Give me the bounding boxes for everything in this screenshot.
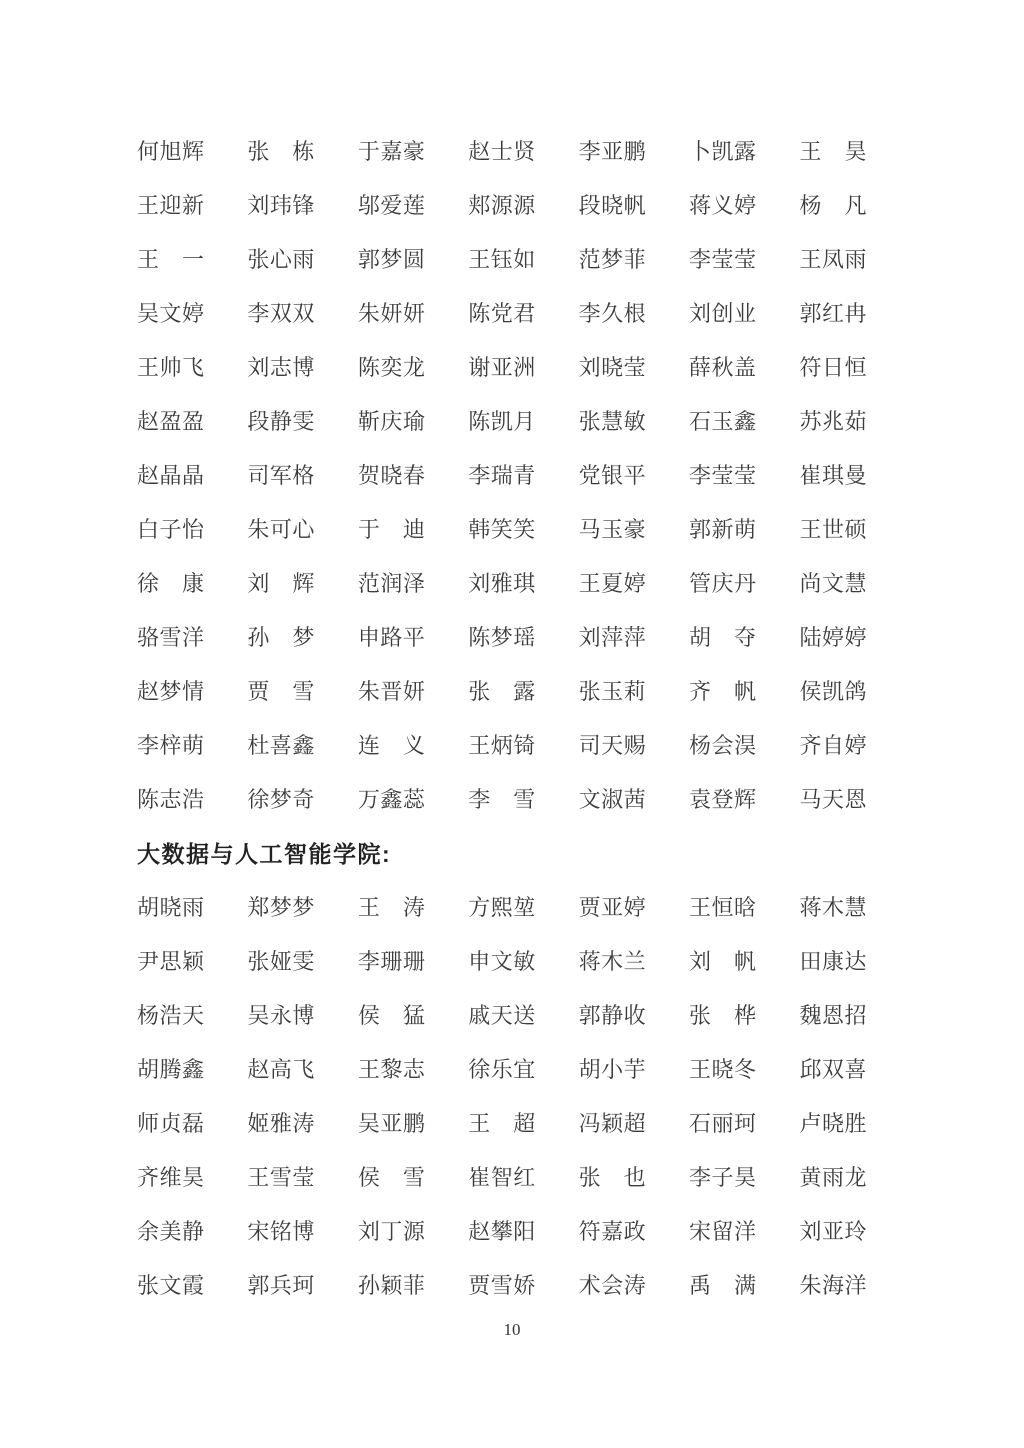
name-row: 尹思颖张娅雯李珊珊申文敏蒋木兰刘 帆田康达 bbox=[137, 933, 867, 987]
person-name: 郭静收 bbox=[579, 999, 647, 1030]
person-name: 郑梦梦 bbox=[247, 891, 315, 922]
person-name: 骆雪洋 bbox=[137, 621, 205, 652]
person-name: 王恒晗 bbox=[689, 891, 757, 922]
person-name: 尹思颖 bbox=[137, 945, 205, 976]
person-name: 陈凯月 bbox=[468, 405, 536, 436]
person-name: 贾雪娇 bbox=[468, 1269, 536, 1300]
person-name: 蒋木慧 bbox=[799, 891, 867, 922]
person-name: 段晓帆 bbox=[579, 189, 647, 220]
person-name: 石丽珂 bbox=[689, 1107, 757, 1138]
person-name: 王帅飞 bbox=[137, 351, 205, 382]
person-name: 侯 雪 bbox=[358, 1161, 426, 1192]
name-row: 吴文婷李双双朱妍妍陈党君李久根刘创业郭红冉 bbox=[137, 285, 867, 339]
person-name: 张 桦 bbox=[689, 999, 757, 1030]
person-name: 文淑茜 bbox=[579, 783, 647, 814]
person-name: 陈梦瑶 bbox=[468, 621, 536, 652]
person-name: 李珊珊 bbox=[358, 945, 426, 976]
person-name: 郭红冉 bbox=[799, 297, 867, 328]
name-row: 赵盈盈段静雯靳庆瑜陈凯月张慧敏石玉鑫苏兆茹 bbox=[137, 393, 867, 447]
person-name: 韩笑笑 bbox=[468, 513, 536, 544]
person-name: 王迎新 bbox=[137, 189, 205, 220]
name-grid-continued: 何旭辉张 栋于嘉豪赵士贤李亚鹏卜凯露王 昊王迎新刘玮锋邬爱莲郏源源段晓帆蒋义婷杨… bbox=[137, 123, 867, 825]
name-row: 徐 康刘 辉范润泽刘雅琪王夏婷管庆丹尚文慧 bbox=[137, 555, 867, 609]
person-name: 马天恩 bbox=[799, 783, 867, 814]
document-page: 何旭辉张 栋于嘉豪赵士贤李亚鹏卜凯露王 昊王迎新刘玮锋邬爱莲郏源源段晓帆蒋义婷杨… bbox=[137, 0, 867, 1311]
person-name: 王 超 bbox=[468, 1107, 536, 1138]
name-row: 张文霞郭兵珂孙颖菲贾雪娇术会涛禹 满朱海洋 bbox=[137, 1257, 867, 1311]
person-name: 何旭辉 bbox=[137, 135, 205, 166]
person-name: 靳庆瑜 bbox=[358, 405, 426, 436]
person-name: 尚文慧 bbox=[799, 567, 867, 598]
person-name: 吴亚鹏 bbox=[358, 1107, 426, 1138]
person-name: 李子昊 bbox=[689, 1161, 757, 1192]
person-name: 侯 猛 bbox=[358, 999, 426, 1030]
person-name: 张慧敏 bbox=[579, 405, 647, 436]
name-row: 陈志浩徐梦奇万鑫蕊李 雪文淑茜袁登辉马天恩 bbox=[137, 771, 867, 825]
name-row: 杨浩天吴永博侯 猛戚天送郭静收张 桦魏恩招 bbox=[137, 987, 867, 1041]
person-name: 王 一 bbox=[137, 243, 205, 274]
person-name: 陈党君 bbox=[468, 297, 536, 328]
person-name: 崔琪曼 bbox=[799, 459, 867, 490]
person-name: 齐维昊 bbox=[137, 1161, 205, 1192]
person-name: 胡腾鑫 bbox=[137, 1053, 205, 1084]
person-name: 张玉莉 bbox=[579, 675, 647, 706]
person-name: 术会涛 bbox=[579, 1269, 647, 1300]
person-name: 苏兆茹 bbox=[799, 405, 867, 436]
name-row: 赵晶晶司军格贺晓春李瑞青党银平李莹莹崔琪曼 bbox=[137, 447, 867, 501]
person-name: 吴文婷 bbox=[137, 297, 205, 328]
person-name: 王夏婷 bbox=[579, 567, 647, 598]
person-name: 王雪莹 bbox=[247, 1161, 315, 1192]
person-name: 卢晓胜 bbox=[799, 1107, 867, 1138]
person-name: 徐 康 bbox=[137, 567, 205, 598]
person-name: 于 迪 bbox=[358, 513, 426, 544]
person-name: 申文敏 bbox=[468, 945, 536, 976]
person-name: 宋留洋 bbox=[689, 1215, 757, 1246]
person-name: 吴永博 bbox=[247, 999, 315, 1030]
person-name: 王 昊 bbox=[799, 135, 867, 166]
person-name: 徐乐宜 bbox=[468, 1053, 536, 1084]
person-name: 刘晓莹 bbox=[579, 351, 647, 382]
person-name: 石玉鑫 bbox=[689, 405, 757, 436]
person-name: 李瑞青 bbox=[468, 459, 536, 490]
person-name: 贾亚婷 bbox=[579, 891, 647, 922]
person-name: 余美静 bbox=[137, 1215, 205, 1246]
page-number: 10 bbox=[0, 1320, 1024, 1340]
person-name: 王炳锜 bbox=[468, 729, 536, 760]
person-name: 蒋木兰 bbox=[579, 945, 647, 976]
name-row: 余美静宋铭博刘丁源赵攀阳符嘉政宋留洋刘亚玲 bbox=[137, 1203, 867, 1257]
person-name: 张 也 bbox=[579, 1161, 647, 1192]
person-name: 白子怡 bbox=[137, 513, 205, 544]
person-name: 王凤雨 bbox=[799, 243, 867, 274]
person-name: 王 涛 bbox=[358, 891, 426, 922]
person-name: 李久根 bbox=[579, 297, 647, 328]
person-name: 侯凯鸽 bbox=[799, 675, 867, 706]
person-name: 孙颖菲 bbox=[358, 1269, 426, 1300]
name-grid-big-data-ai-college: 胡晓雨郑梦梦王 涛方熙堃贾亚婷王恒晗蒋木慧尹思颖张娅雯李珊珊申文敏蒋木兰刘 帆田… bbox=[137, 879, 867, 1311]
section-header-big-data-ai-college: 大数据与人工智能学院: bbox=[137, 825, 867, 879]
person-name: 李双双 bbox=[247, 297, 315, 328]
person-name: 朱海洋 bbox=[799, 1269, 867, 1300]
person-name: 张娅雯 bbox=[247, 945, 315, 976]
person-name: 戚天送 bbox=[468, 999, 536, 1030]
person-name: 陈志浩 bbox=[137, 783, 205, 814]
person-name: 胡晓雨 bbox=[137, 891, 205, 922]
person-name: 姬雅涛 bbox=[247, 1107, 315, 1138]
person-name: 范梦菲 bbox=[579, 243, 647, 274]
name-row: 胡腾鑫赵高飞王黎志徐乐宜胡小芋王晓冬邱双喜 bbox=[137, 1041, 867, 1095]
person-name: 于嘉豪 bbox=[358, 135, 426, 166]
name-row: 赵梦情贾 雪朱晋妍张 露张玉莉齐 帆侯凯鸽 bbox=[137, 663, 867, 717]
person-name: 赵攀阳 bbox=[468, 1215, 536, 1246]
name-row: 胡晓雨郑梦梦王 涛方熙堃贾亚婷王恒晗蒋木慧 bbox=[137, 879, 867, 933]
person-name: 刘亚玲 bbox=[799, 1215, 867, 1246]
person-name: 李亚鹏 bbox=[579, 135, 647, 166]
person-name: 司军格 bbox=[247, 459, 315, 490]
name-row: 王迎新刘玮锋邬爱莲郏源源段晓帆蒋义婷杨 凡 bbox=[137, 177, 867, 231]
person-name: 司天赐 bbox=[579, 729, 647, 760]
person-name: 徐梦奇 bbox=[247, 783, 315, 814]
person-name: 张文霞 bbox=[137, 1269, 205, 1300]
person-name: 薛秋盖 bbox=[689, 351, 757, 382]
person-name: 王晓冬 bbox=[689, 1053, 757, 1084]
name-row: 何旭辉张 栋于嘉豪赵士贤李亚鹏卜凯露王 昊 bbox=[137, 123, 867, 177]
person-name: 张 栋 bbox=[247, 135, 315, 166]
person-name: 刘玮锋 bbox=[247, 189, 315, 220]
person-name: 李莹莹 bbox=[689, 243, 757, 274]
person-name: 禹 满 bbox=[689, 1269, 757, 1300]
person-name: 袁登辉 bbox=[689, 783, 757, 814]
name-row: 王帅飞刘志博陈奕龙谢亚洲刘晓莹薛秋盖符日恒 bbox=[137, 339, 867, 393]
person-name: 李 雪 bbox=[468, 783, 536, 814]
person-name: 宋铭博 bbox=[247, 1215, 315, 1246]
person-name: 方熙堃 bbox=[468, 891, 536, 922]
name-row: 王 一张心雨郭梦圆王钰如范梦菲李莹莹王凤雨 bbox=[137, 231, 867, 285]
person-name: 杨 凡 bbox=[799, 189, 867, 220]
person-name: 卜凯露 bbox=[689, 135, 757, 166]
person-name: 田康达 bbox=[799, 945, 867, 976]
person-name: 刘创业 bbox=[689, 297, 757, 328]
person-name: 郭新萌 bbox=[689, 513, 757, 544]
name-row: 李梓萌杜喜鑫连 义王炳锜司天赐杨会淏齐自婷 bbox=[137, 717, 867, 771]
person-name: 连 义 bbox=[358, 729, 426, 760]
person-name: 黄雨龙 bbox=[799, 1161, 867, 1192]
person-name: 符日恒 bbox=[799, 351, 867, 382]
name-row: 齐维昊王雪莹侯 雪崔智红张 也李子昊黄雨龙 bbox=[137, 1149, 867, 1203]
person-name: 万鑫蕊 bbox=[358, 783, 426, 814]
person-name: 李梓萌 bbox=[137, 729, 205, 760]
person-name: 贺晓春 bbox=[358, 459, 426, 490]
person-name: 冯颖超 bbox=[579, 1107, 647, 1138]
person-name: 郭兵珂 bbox=[247, 1269, 315, 1300]
person-name: 刘丁源 bbox=[358, 1215, 426, 1246]
person-name: 杨浩天 bbox=[137, 999, 205, 1030]
name-row: 白子怡朱可心于 迪韩笑笑马玉豪郭新萌王世硕 bbox=[137, 501, 867, 555]
person-name: 郭梦圆 bbox=[358, 243, 426, 274]
person-name: 刘志博 bbox=[247, 351, 315, 382]
person-name: 刘萍萍 bbox=[579, 621, 647, 652]
person-name: 张 露 bbox=[468, 675, 536, 706]
person-name: 王世硕 bbox=[799, 513, 867, 544]
person-name: 刘 帆 bbox=[689, 945, 757, 976]
person-name: 王黎志 bbox=[358, 1053, 426, 1084]
person-name: 齐自婷 bbox=[799, 729, 867, 760]
person-name: 符嘉政 bbox=[579, 1215, 647, 1246]
person-name: 申路平 bbox=[358, 621, 426, 652]
person-name: 孙 梦 bbox=[247, 621, 315, 652]
person-name: 赵晶晶 bbox=[137, 459, 205, 490]
person-name: 赵梦情 bbox=[137, 675, 205, 706]
person-name: 胡小芋 bbox=[579, 1053, 647, 1084]
person-name: 赵高飞 bbox=[247, 1053, 315, 1084]
person-name: 王钰如 bbox=[468, 243, 536, 274]
name-row: 骆雪洋孙 梦申路平陈梦瑶刘萍萍胡 夺陆婷婷 bbox=[137, 609, 867, 663]
name-row: 师贞磊姬雅涛吴亚鹏王 超冯颖超石丽珂卢晓胜 bbox=[137, 1095, 867, 1149]
person-name: 陆婷婷 bbox=[799, 621, 867, 652]
person-name: 范润泽 bbox=[358, 567, 426, 598]
person-name: 师贞磊 bbox=[137, 1107, 205, 1138]
person-name: 贾 雪 bbox=[247, 675, 315, 706]
person-name: 胡 夺 bbox=[689, 621, 757, 652]
person-name: 朱晋妍 bbox=[358, 675, 426, 706]
person-name: 杨会淏 bbox=[689, 729, 757, 760]
person-name: 马玉豪 bbox=[579, 513, 647, 544]
person-name: 赵盈盈 bbox=[137, 405, 205, 436]
person-name: 张心雨 bbox=[247, 243, 315, 274]
person-name: 陈奕龙 bbox=[358, 351, 426, 382]
person-name: 魏恩招 bbox=[799, 999, 867, 1030]
person-name: 邬爱莲 bbox=[358, 189, 426, 220]
person-name: 李莹莹 bbox=[689, 459, 757, 490]
person-name: 赵士贤 bbox=[468, 135, 536, 166]
person-name: 谢亚洲 bbox=[468, 351, 536, 382]
person-name: 朱可心 bbox=[247, 513, 315, 544]
person-name: 郏源源 bbox=[468, 189, 536, 220]
person-name: 刘 辉 bbox=[247, 567, 315, 598]
person-name: 段静雯 bbox=[247, 405, 315, 436]
person-name: 杜喜鑫 bbox=[247, 729, 315, 760]
person-name: 刘雅琪 bbox=[468, 567, 536, 598]
person-name: 朱妍妍 bbox=[358, 297, 426, 328]
person-name: 邱双喜 bbox=[799, 1053, 867, 1084]
person-name: 崔智红 bbox=[468, 1161, 536, 1192]
person-name: 党银平 bbox=[579, 459, 647, 490]
person-name: 齐 帆 bbox=[689, 675, 757, 706]
person-name: 管庆丹 bbox=[689, 567, 757, 598]
person-name: 蒋义婷 bbox=[689, 189, 757, 220]
